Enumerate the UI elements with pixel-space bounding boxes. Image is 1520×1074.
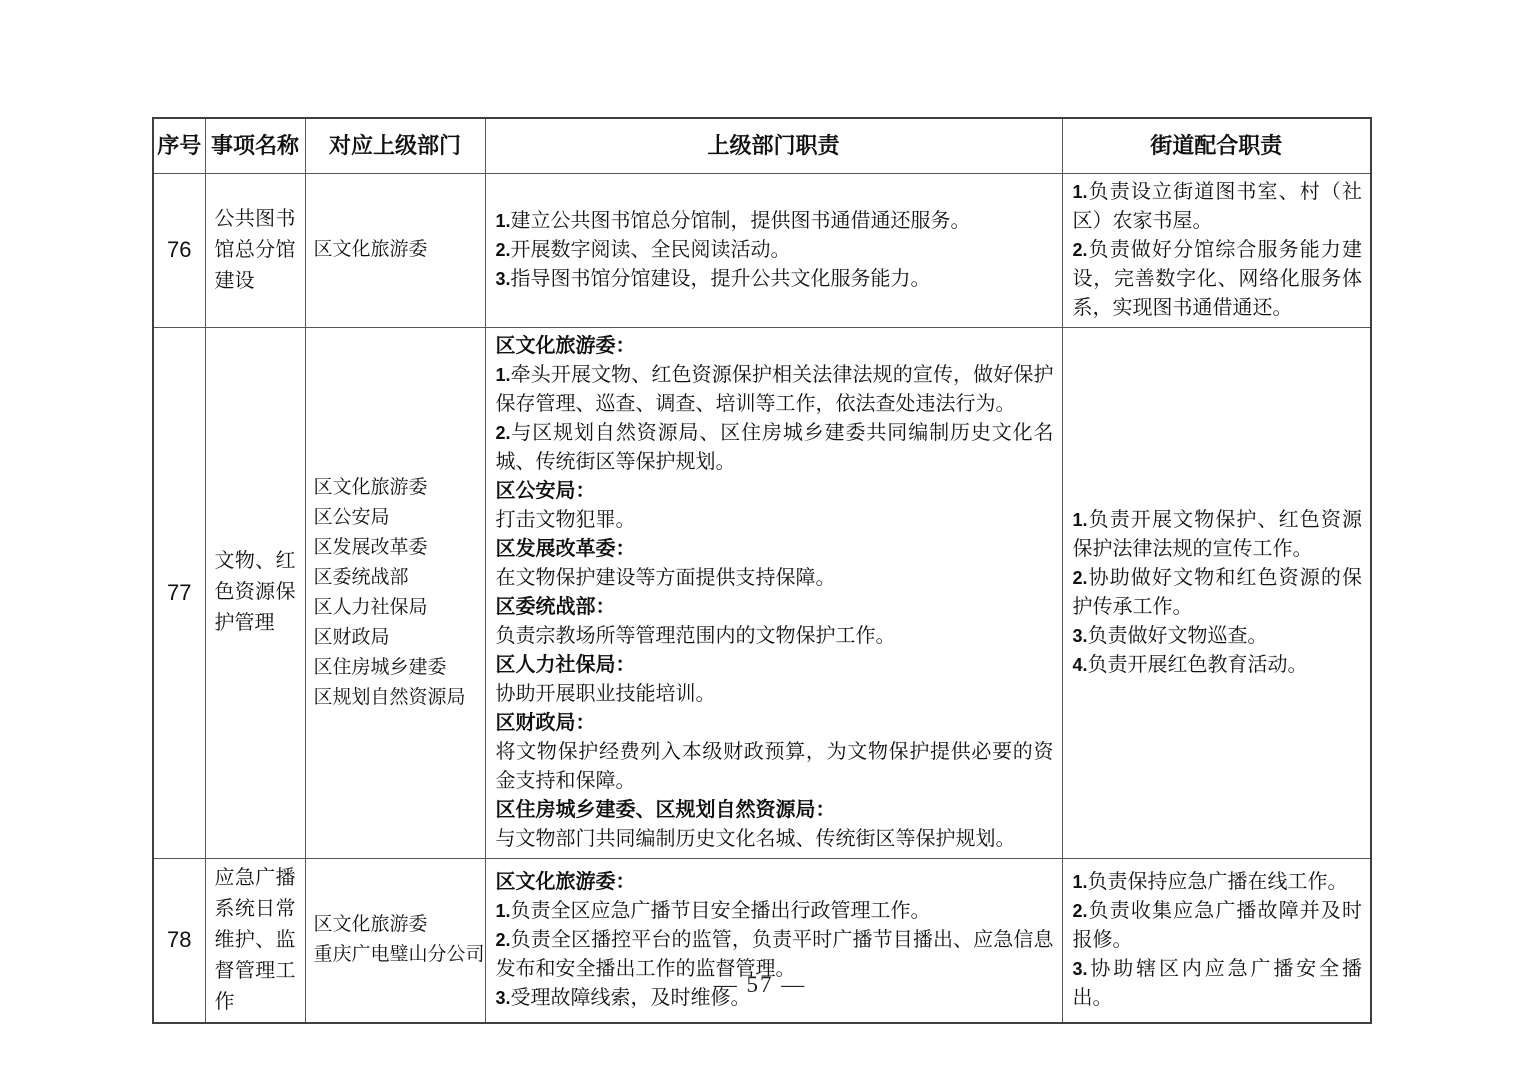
superior-duties-cell: 区文化旅游委：1.牵头开展文物、红色资源保护相关法律法规的宣传，做好保护保存管理…: [485, 327, 1062, 858]
duty-item: 1.负责保持应急广播在线工作。: [1073, 868, 1363, 897]
duty-number: 3.: [496, 269, 511, 289]
row-index-cell: 76: [153, 173, 205, 327]
duty-item: 3.负责做好文物巡查。: [1073, 622, 1363, 651]
item-name-cell: 公共图书馆总分馆建设: [205, 173, 305, 327]
duty-item: 1.负责设立街道图书室、村（社区）农家书屋。: [1073, 178, 1363, 236]
duty-number: 2.: [1073, 901, 1088, 921]
superior-duties-cell: 1.建立公共图书馆总分馆制，提供图书通借通还服务。2.开展数字阅读、全民阅读活动…: [485, 173, 1062, 327]
department-heading: 区文化旅游委：: [496, 868, 1054, 897]
row-index-cell: 77: [153, 327, 205, 858]
department-heading: 区住房城乡建委、区规划自然资源局：: [496, 796, 1054, 825]
col-header-item-name: 事项名称: [205, 118, 305, 173]
department-line: 区人力社保局: [314, 593, 483, 623]
duty-item: 2.与区规划自然资源局、区住房城乡建委共同编制历史文化名城、传统街区等保护规划。: [496, 419, 1054, 477]
department-line: 区财政局: [314, 623, 483, 653]
duty-item: 在文物保护建设等方面提供支持保障。: [496, 564, 1054, 593]
departments-cell: 区文化旅游委区公安局区发展改革委区委统战部区人力社保局区财政局区住房城乡建委区规…: [305, 327, 485, 858]
duty-item: 2.协助做好文物和红色资源的保护传承工作。: [1073, 564, 1363, 622]
duty-item: 协助开展职业技能培训。: [496, 680, 1054, 709]
table-header: 序号 事项名称 对应上级部门 上级部门职责 街道配合职责: [153, 118, 1371, 173]
duty-item: 1.牵头开展文物、红色资源保护相关法律法规的宣传，做好保护保存管理、巡查、调查、…: [496, 361, 1054, 419]
table-body: 76公共图书馆总分馆建设区文化旅游委1.建立公共图书馆总分馆制，提供图书通借通还…: [153, 173, 1371, 1023]
duty-number: 2.: [1073, 240, 1088, 260]
department-line: 重庆广电璧山分公司: [314, 940, 483, 970]
page-number: — 57 —: [0, 972, 1520, 998]
department-heading: 区财政局：: [496, 709, 1054, 738]
header-row: 序号 事项名称 对应上级部门 上级部门职责 街道配合职责: [153, 118, 1371, 173]
col-header-superior-duties: 上级部门职责: [485, 118, 1062, 173]
duty-item: 4.负责开展红色教育活动。: [1073, 651, 1363, 680]
document-page: { "page": { "number_label": "— 57 —" }, …: [0, 0, 1520, 1074]
department-line: 区发展改革委: [314, 533, 483, 563]
duty-number: 1.: [1073, 872, 1088, 892]
duty-number: 1.: [496, 901, 511, 921]
duty-item: 与文物部门共同编制历史文化名城、传统街区等保护规划。: [496, 825, 1054, 854]
col-header-street-duties: 街道配合职责: [1062, 118, 1371, 173]
street-duties-cell: 1.负责开展文物保护、红色资源保护法律法规的宣传工作。2.协助做好文物和红色资源…: [1062, 327, 1371, 858]
duty-item: 2.开展数字阅读、全民阅读活动。: [496, 236, 1054, 265]
col-header-index: 序号: [153, 118, 205, 173]
duty-item: 负责宗教场所等管理范围内的文物保护工作。: [496, 622, 1054, 651]
duty-number: 1.: [496, 211, 511, 231]
department-line: 区委统战部: [314, 563, 483, 593]
duty-number: 2.: [1073, 568, 1088, 588]
department-line: 区文化旅游委: [314, 910, 483, 940]
department-line: 区公安局: [314, 503, 483, 533]
department-heading: 区公安局：: [496, 477, 1054, 506]
duty-number: 2.: [496, 240, 511, 260]
duty-item: 1.建立公共图书馆总分馆制，提供图书通借通还服务。: [496, 207, 1054, 236]
street-duties-cell: 1.负责设立街道图书室、村（社区）农家书屋。2.负责做好分馆综合服务能力建设，完…: [1062, 173, 1371, 327]
duty-number: 2.: [496, 930, 511, 950]
department-line: 区住房城乡建委: [314, 653, 483, 683]
duty-item: 2.负责做好分馆综合服务能力建设，完善数字化、网络化服务体系，实现图书通借通还。: [1073, 236, 1363, 323]
duty-item: 1.负责开展文物保护、红色资源保护法律法规的宣传工作。: [1073, 506, 1363, 564]
department-line: 区文化旅游委: [314, 473, 483, 503]
department-line: 区文化旅游委: [314, 235, 483, 265]
duty-number: 2.: [496, 423, 511, 443]
table-row: 76公共图书馆总分馆建设区文化旅游委1.建立公共图书馆总分馆制，提供图书通借通还…: [153, 173, 1371, 327]
duty-number: 1.: [1073, 510, 1088, 530]
department-line: 区规划自然资源局: [314, 683, 483, 713]
duty-item: 2.负责收集应急广播故障并及时报修。: [1073, 897, 1363, 955]
responsibility-table: 序号 事项名称 对应上级部门 上级部门职责 街道配合职责 76公共图书馆总分馆建…: [152, 117, 1372, 1024]
department-heading: 区委统战部：: [496, 593, 1054, 622]
duty-number: 3.: [1073, 626, 1088, 646]
duty-item: 1.负责全区应急广播节目安全播出行政管理工作。: [496, 897, 1054, 926]
duty-number: 1.: [496, 365, 511, 385]
duty-item: 打击文物犯罪。: [496, 506, 1054, 535]
departments-cell: 区文化旅游委: [305, 173, 485, 327]
department-heading: 区文化旅游委：: [496, 332, 1054, 361]
department-heading: 区发展改革委：: [496, 535, 1054, 564]
duty-number: 4.: [1073, 655, 1088, 675]
duty-item: 将文物保护经费列入本级财政预算，为文物保护提供必要的资金支持和保障。: [496, 738, 1054, 796]
item-name-cell: 文物、红色资源保护管理: [205, 327, 305, 858]
duty-item: 3.指导图书馆分馆建设，提升公共文化服务能力。: [496, 265, 1054, 294]
col-header-superior-department: 对应上级部门: [305, 118, 485, 173]
department-heading: 区人力社保局：: [496, 651, 1054, 680]
duty-number: 1.: [1073, 182, 1088, 202]
table-row: 77文物、红色资源保护管理区文化旅游委区公安局区发展改革委区委统战部区人力社保局…: [153, 327, 1371, 858]
